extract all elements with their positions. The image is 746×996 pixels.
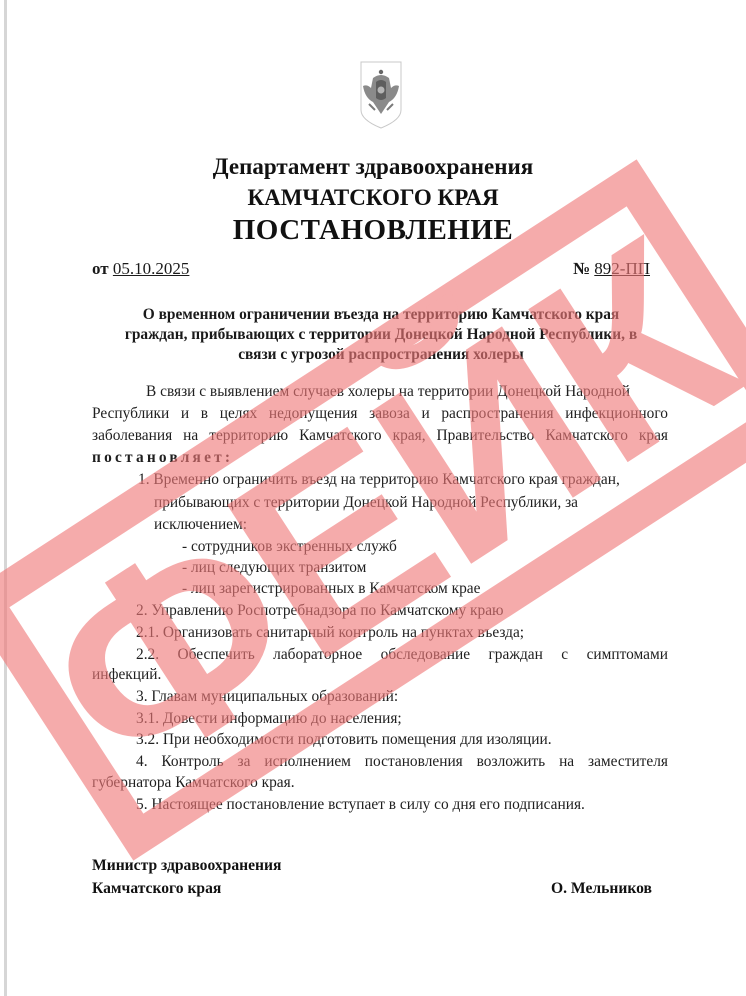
resolves-label: постановляет: xyxy=(92,449,233,467)
signatory-region: Камчатского края xyxy=(92,880,221,898)
clause-3-1: 3.1. Довести информацию до населения; xyxy=(136,710,402,728)
document-number: № 892-ПП xyxy=(573,259,650,279)
page-edge xyxy=(4,0,7,996)
number-value: 892-ПП xyxy=(594,259,650,278)
clause-4-cont: губернатора Камчатского края. xyxy=(92,774,295,792)
clause-2: 2. Управлению Роспотребнадзора по Камчат… xyxy=(136,602,504,620)
date-value: 05.10.2025 xyxy=(113,259,190,278)
clause-5: 5. Настоящее постановление вступает в си… xyxy=(136,796,585,814)
clause-1-cont: исключением: xyxy=(154,516,247,534)
document-type: ПОСТАНОВЛЕНИЕ xyxy=(0,214,746,247)
document-title: О временном ограничении въезда на террит… xyxy=(92,305,670,365)
signatory-name: О. Мельников xyxy=(551,880,652,898)
intro-line: В связи с выявлением случаев холеры на т… xyxy=(146,383,630,401)
region-name: КАМЧАТСКОГО КРАЯ xyxy=(0,185,746,211)
clause-1: 1. Временно ограничить въезд на территор… xyxy=(138,471,620,489)
clause-1-cont: прибывающих с территории Донецкой Народн… xyxy=(154,494,578,512)
intro-line: Республики и в целях недопущения завоза … xyxy=(92,405,668,423)
exception-item: - лиц следующих транзитом xyxy=(182,559,366,577)
clause-2-2-cont: инфекций. xyxy=(92,666,161,684)
clause-2-2: 2.2. Обеспечить лабораторное обследовани… xyxy=(136,646,668,664)
clause-3: 3. Главам муниципальных образований: xyxy=(136,688,398,706)
department-name: Департамент здравоохранения xyxy=(0,154,746,180)
exception-item: - лиц зарегистрированных в Камчатском кр… xyxy=(182,580,480,598)
document-date: от 05.10.2025 xyxy=(92,259,189,279)
intro-line: заболевания на территорию Камчатского кр… xyxy=(92,427,668,445)
clause-4: 4. Контроль за исполнением постановления… xyxy=(136,753,668,771)
exception-item: - сотрудников экстренных служб xyxy=(182,538,397,556)
clause-3-2: 3.2. При необходимости подготовить помещ… xyxy=(136,731,552,749)
clause-2-1: 2.1. Организовать санитарный контроль на… xyxy=(136,624,524,642)
coat-of-arms-icon xyxy=(359,58,403,130)
signatory-position: Министр здравоохранения xyxy=(92,857,281,875)
